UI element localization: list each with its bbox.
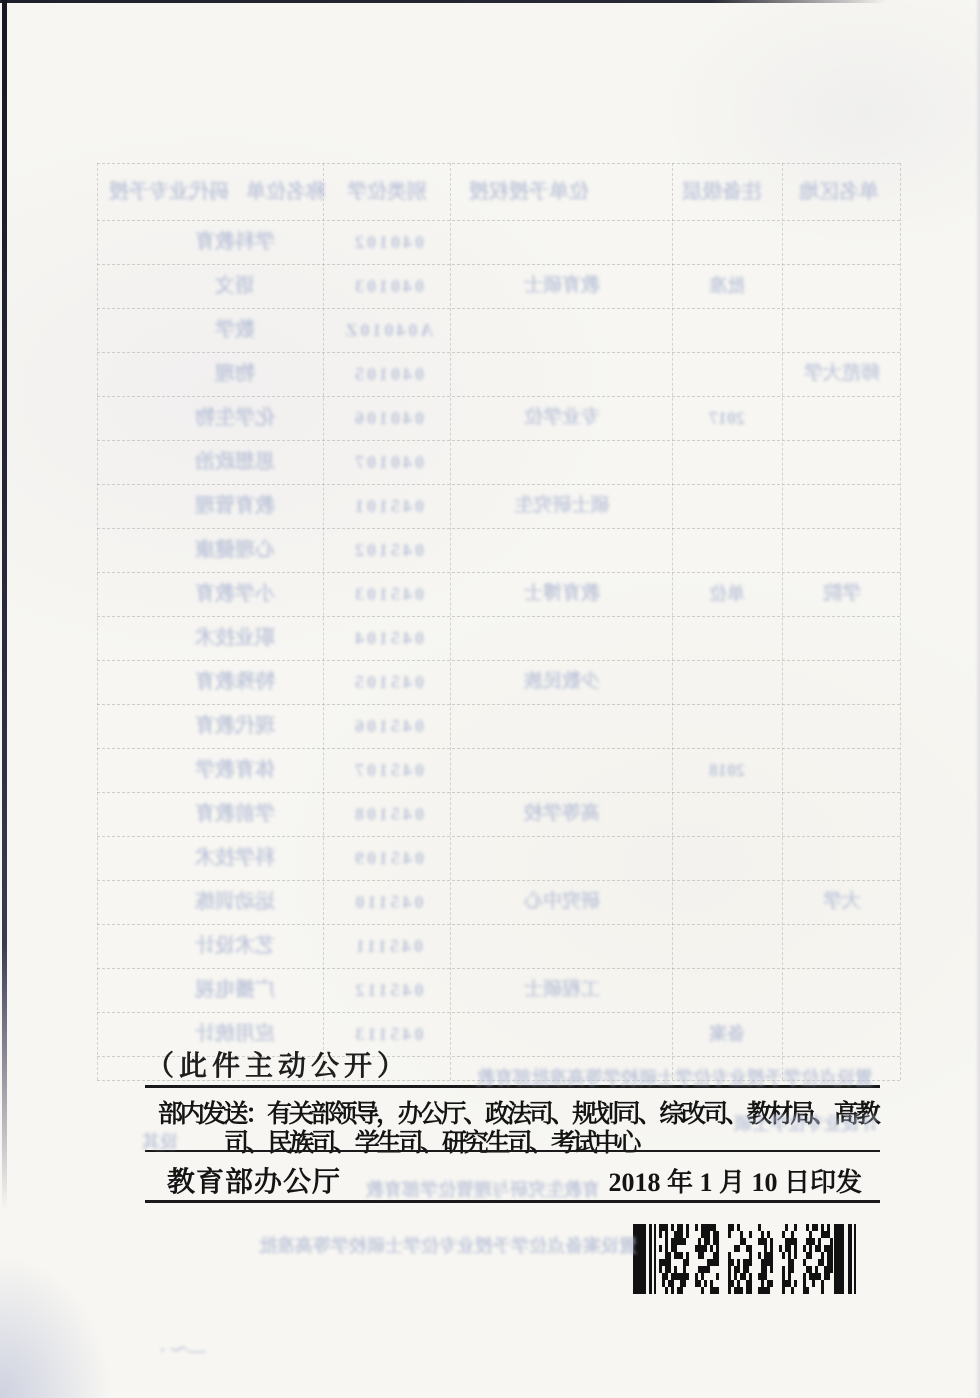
bleed-cell: 045108: [333, 792, 443, 836]
bleed-cell: 职业技术: [157, 616, 313, 660]
bleed-cell: 广播电视: [157, 968, 313, 1012]
bleed-cell: 040107: [333, 440, 443, 484]
bleed-header-cell: 称名位单: [243, 175, 329, 209]
bleed-table-vline: [97, 163, 98, 1080]
bleed-cell: A04010Z: [333, 308, 443, 352]
bleedthrough-text-line: 置设点位学予授业专位学士硕校学等高准批部育教: [273, 1064, 873, 1090]
bleed-cell: 心理健康: [157, 528, 313, 572]
bleed-cell: 045110: [333, 880, 443, 924]
bleed-cell: 思想政治: [157, 440, 313, 484]
bleed-cell: 特殊教育: [157, 660, 313, 704]
bleed-cell: 现代教育: [157, 704, 313, 748]
bleed-cell: 学前教育: [157, 792, 313, 836]
bleed-cell: 040103: [333, 264, 443, 308]
bleed-cell: 045101: [333, 484, 443, 528]
scan-edge-left: [2, 0, 7, 1210]
bleedthrough-text-line: —～ ·: [86, 1336, 206, 1362]
bleed-table-vline: [900, 163, 901, 1080]
bleed-cell: 040105: [333, 352, 443, 396]
bleed-cell: 体育教学: [157, 748, 313, 792]
bleed-cell: 语文: [157, 264, 313, 308]
barcode-2d: [633, 1224, 858, 1294]
bleedthrough-text-line: 设其: [126, 1128, 178, 1154]
bleed-header-cell: 注备级层: [682, 175, 762, 209]
bleed-header-cell: 别类位学: [337, 175, 437, 209]
bleedthrough-text-line: 计设业专位学士硕: [620, 1110, 878, 1136]
bleed-cell: 研究中心: [457, 880, 667, 924]
bleed-cell: 学科教育: [157, 220, 313, 264]
bleed-cell: 小学教育: [157, 572, 313, 616]
bleed-table-vline: [323, 163, 324, 1080]
bleed-cell: 045106: [333, 704, 443, 748]
bleed-cell: 批准: [677, 264, 777, 308]
bleed-header-cell: 位单予授权授: [465, 175, 593, 209]
bleed-cell: 2018: [677, 748, 777, 792]
bleed-cell: 师范大学: [787, 352, 897, 396]
bleed-table-vline: [672, 163, 673, 1080]
bleed-cell: 045103: [333, 572, 443, 616]
print-date: 2018 年 1 月 10 日印发: [608, 1162, 862, 1199]
scan-edge-top: [0, 0, 888, 3]
bleed-cell: 艺术设计: [157, 924, 313, 968]
bleed-cell: 2017: [677, 396, 777, 440]
bleed-cell: 工程硕士: [457, 968, 667, 1012]
bleedthrough-table: 码代业专予授称名位单别类位学位单予授权授注备级层单名区地学科教育040102语文…: [97, 163, 900, 1080]
bleed-cell: 040106: [333, 396, 443, 440]
bleed-cell: 045104: [333, 616, 443, 660]
barcode-svg: [633, 1224, 858, 1294]
bleed-cell: 045102: [333, 528, 443, 572]
bleed-cell: 单位: [677, 572, 777, 616]
bleed-cell: 数学: [157, 308, 313, 352]
bleed-table-vline: [782, 163, 783, 1080]
distribution-line-2: 司、民族司、学生司、研究生司、考试中心: [224, 1123, 638, 1159]
bleed-cell: 045111: [333, 924, 443, 968]
bleed-cell: 045112: [333, 968, 443, 1012]
bleed-header-cell: 码代业专予授: [105, 175, 233, 209]
bleed-cell: 备案: [677, 1012, 777, 1056]
bleed-table-hline: [97, 163, 900, 164]
bleedthrough-text-line: 育教生究研与理管位学部育教: [200, 1176, 600, 1202]
bleed-cell: 学院: [787, 572, 897, 616]
bleed-cell: 专业学位: [457, 396, 667, 440]
bleedthrough-text-line: 置设案备点位学予授业专位学士硕校学等高准批: [185, 1232, 637, 1258]
scan-corner-shadow: [0, 1258, 110, 1398]
separator-rule-middle: [145, 1150, 880, 1152]
scan-edge-right: [975, 0, 980, 1398]
bleed-cell: 物理: [157, 352, 313, 396]
scanned-document-page: 码代业专予授称名位单别类位学位单予授权授注备级层单名区地学科教育040102语文…: [0, 0, 980, 1398]
bleed-cell: 化学生物: [157, 396, 313, 440]
bleed-cell: 045105: [333, 660, 443, 704]
bleed-cell: 运动训练: [157, 880, 313, 924]
bleed-cell: 高等学校: [457, 792, 667, 836]
bleed-cell: 040102: [333, 220, 443, 264]
bleed-cell: 045107: [333, 748, 443, 792]
bleed-header-cell: 单名区地: [789, 175, 889, 209]
bleed-cell: 教育博士: [457, 572, 667, 616]
bleed-cell: 硕士研究生: [457, 484, 667, 528]
bleed-cell: 教育管理: [157, 484, 313, 528]
bleed-cell: 科学技术: [157, 836, 313, 880]
bleed-table-vline: [450, 163, 451, 1080]
bleed-cell: 大学: [787, 880, 897, 924]
bleed-cell: 教育硕士: [457, 264, 667, 308]
bleed-cell: 少数民族: [457, 660, 667, 704]
bleed-cell: 045109: [333, 836, 443, 880]
